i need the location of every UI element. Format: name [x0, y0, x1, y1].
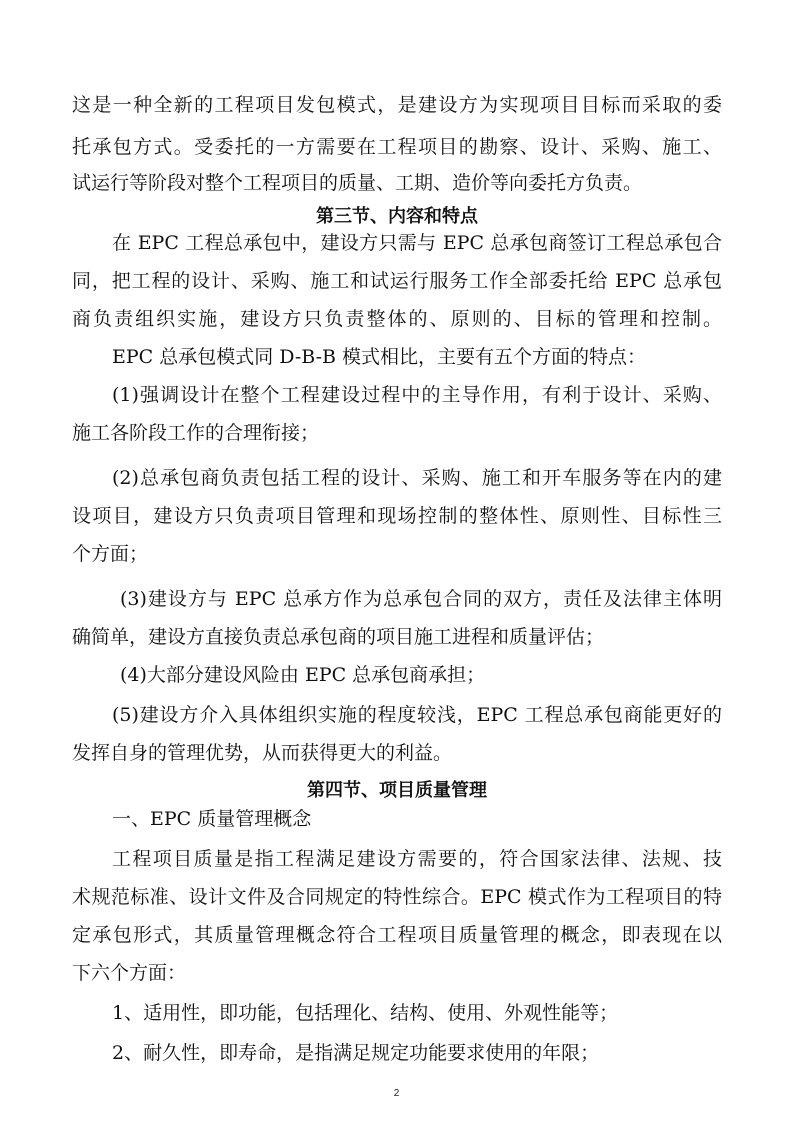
body-line: 托承包方式。受委托的一方需要在工程项目的勘察、设计、采购、施工、	[72, 134, 722, 160]
list-item-2: (2)总承包商负责包括工程的设计、采购、施工和开车服务等在内的建	[112, 465, 722, 491]
body-line: 工程项目质量是指工程满足建设方需要的，符合国家法律、法规、技	[112, 846, 722, 872]
body-line: 个方面；	[72, 541, 722, 567]
body-line: 发挥自身的管理优势，从而获得更大的利益。	[72, 740, 722, 766]
subheading: 一、EPC 质量管理概念	[112, 806, 722, 832]
page-number: 2	[0, 1088, 793, 1099]
body-line: 下六个方面：	[72, 960, 722, 986]
body-line: 这是一种全新的工程项目发包模式，是建设方为实现项目目标而采取的委	[72, 92, 722, 118]
body-line: 确简单，建设方直接负责总承包商的项目施工进程和质量评估；	[72, 624, 722, 650]
list-item-3: (3)建设方与 EPC 总承方作为总承包合同的双方，责任及法律主体明	[120, 586, 722, 612]
body-line: 术规范标准、设计文件及合同规定的特性综合。EPC 模式作为工程项目的特	[72, 884, 722, 910]
section-heading-3: 第三节、内容和特点	[72, 204, 722, 230]
body-line: EPC 总承包模式同 D-B-B 模式相比，主要有五个方面的特点：	[112, 344, 722, 370]
list-item-a: 1、适用性，即功能，包括理化、结构、使用、外观性能等；	[112, 1000, 722, 1026]
body-line: 商负责组织实施，建设方只负责整体的、原则的、目标的管理和控制。	[72, 306, 722, 332]
body-line: 在 EPC 工程总承包中，建设方只需与 EPC 总承包商签订工程总承包合	[112, 230, 722, 256]
list-item-b: 2、耐久性，即寿命，是指满足规定功能要求使用的年限；	[112, 1040, 722, 1066]
document-page: 这是一种全新的工程项目发包模式，是建设方为实现项目目标而采取的委 托承包方式。受…	[0, 0, 793, 1122]
section-heading-4: 第四节、项目质量管理	[72, 778, 722, 804]
list-item-1: (1)强调设计在整个工程建设过程中的主导作用，有利于设计、采购、	[112, 382, 722, 408]
body-line: 施工各阶段工作的合理衔接；	[72, 420, 722, 446]
body-line: 定承包形式，其质量管理概念符合工程项目质量管理的概念，即表现在以	[72, 922, 722, 948]
list-item-4: (4)大部分建设风险由 EPC 总承包商承担；	[120, 662, 722, 688]
body-line: 同，把工程的设计、采购、施工和试运行服务工作全部委托给 EPC 总承包	[72, 268, 722, 294]
body-line: 设项目，建设方只负责项目管理和现场控制的整体性、原则性、目标性三	[72, 503, 722, 529]
body-line: 试运行等阶段对整个工程项目的质量、工期、造价等向委托方负责。	[72, 170, 722, 196]
list-item-5: (5)建设方介入具体组织实施的程度较浅，EPC 工程总承包商能更好的	[112, 702, 722, 728]
